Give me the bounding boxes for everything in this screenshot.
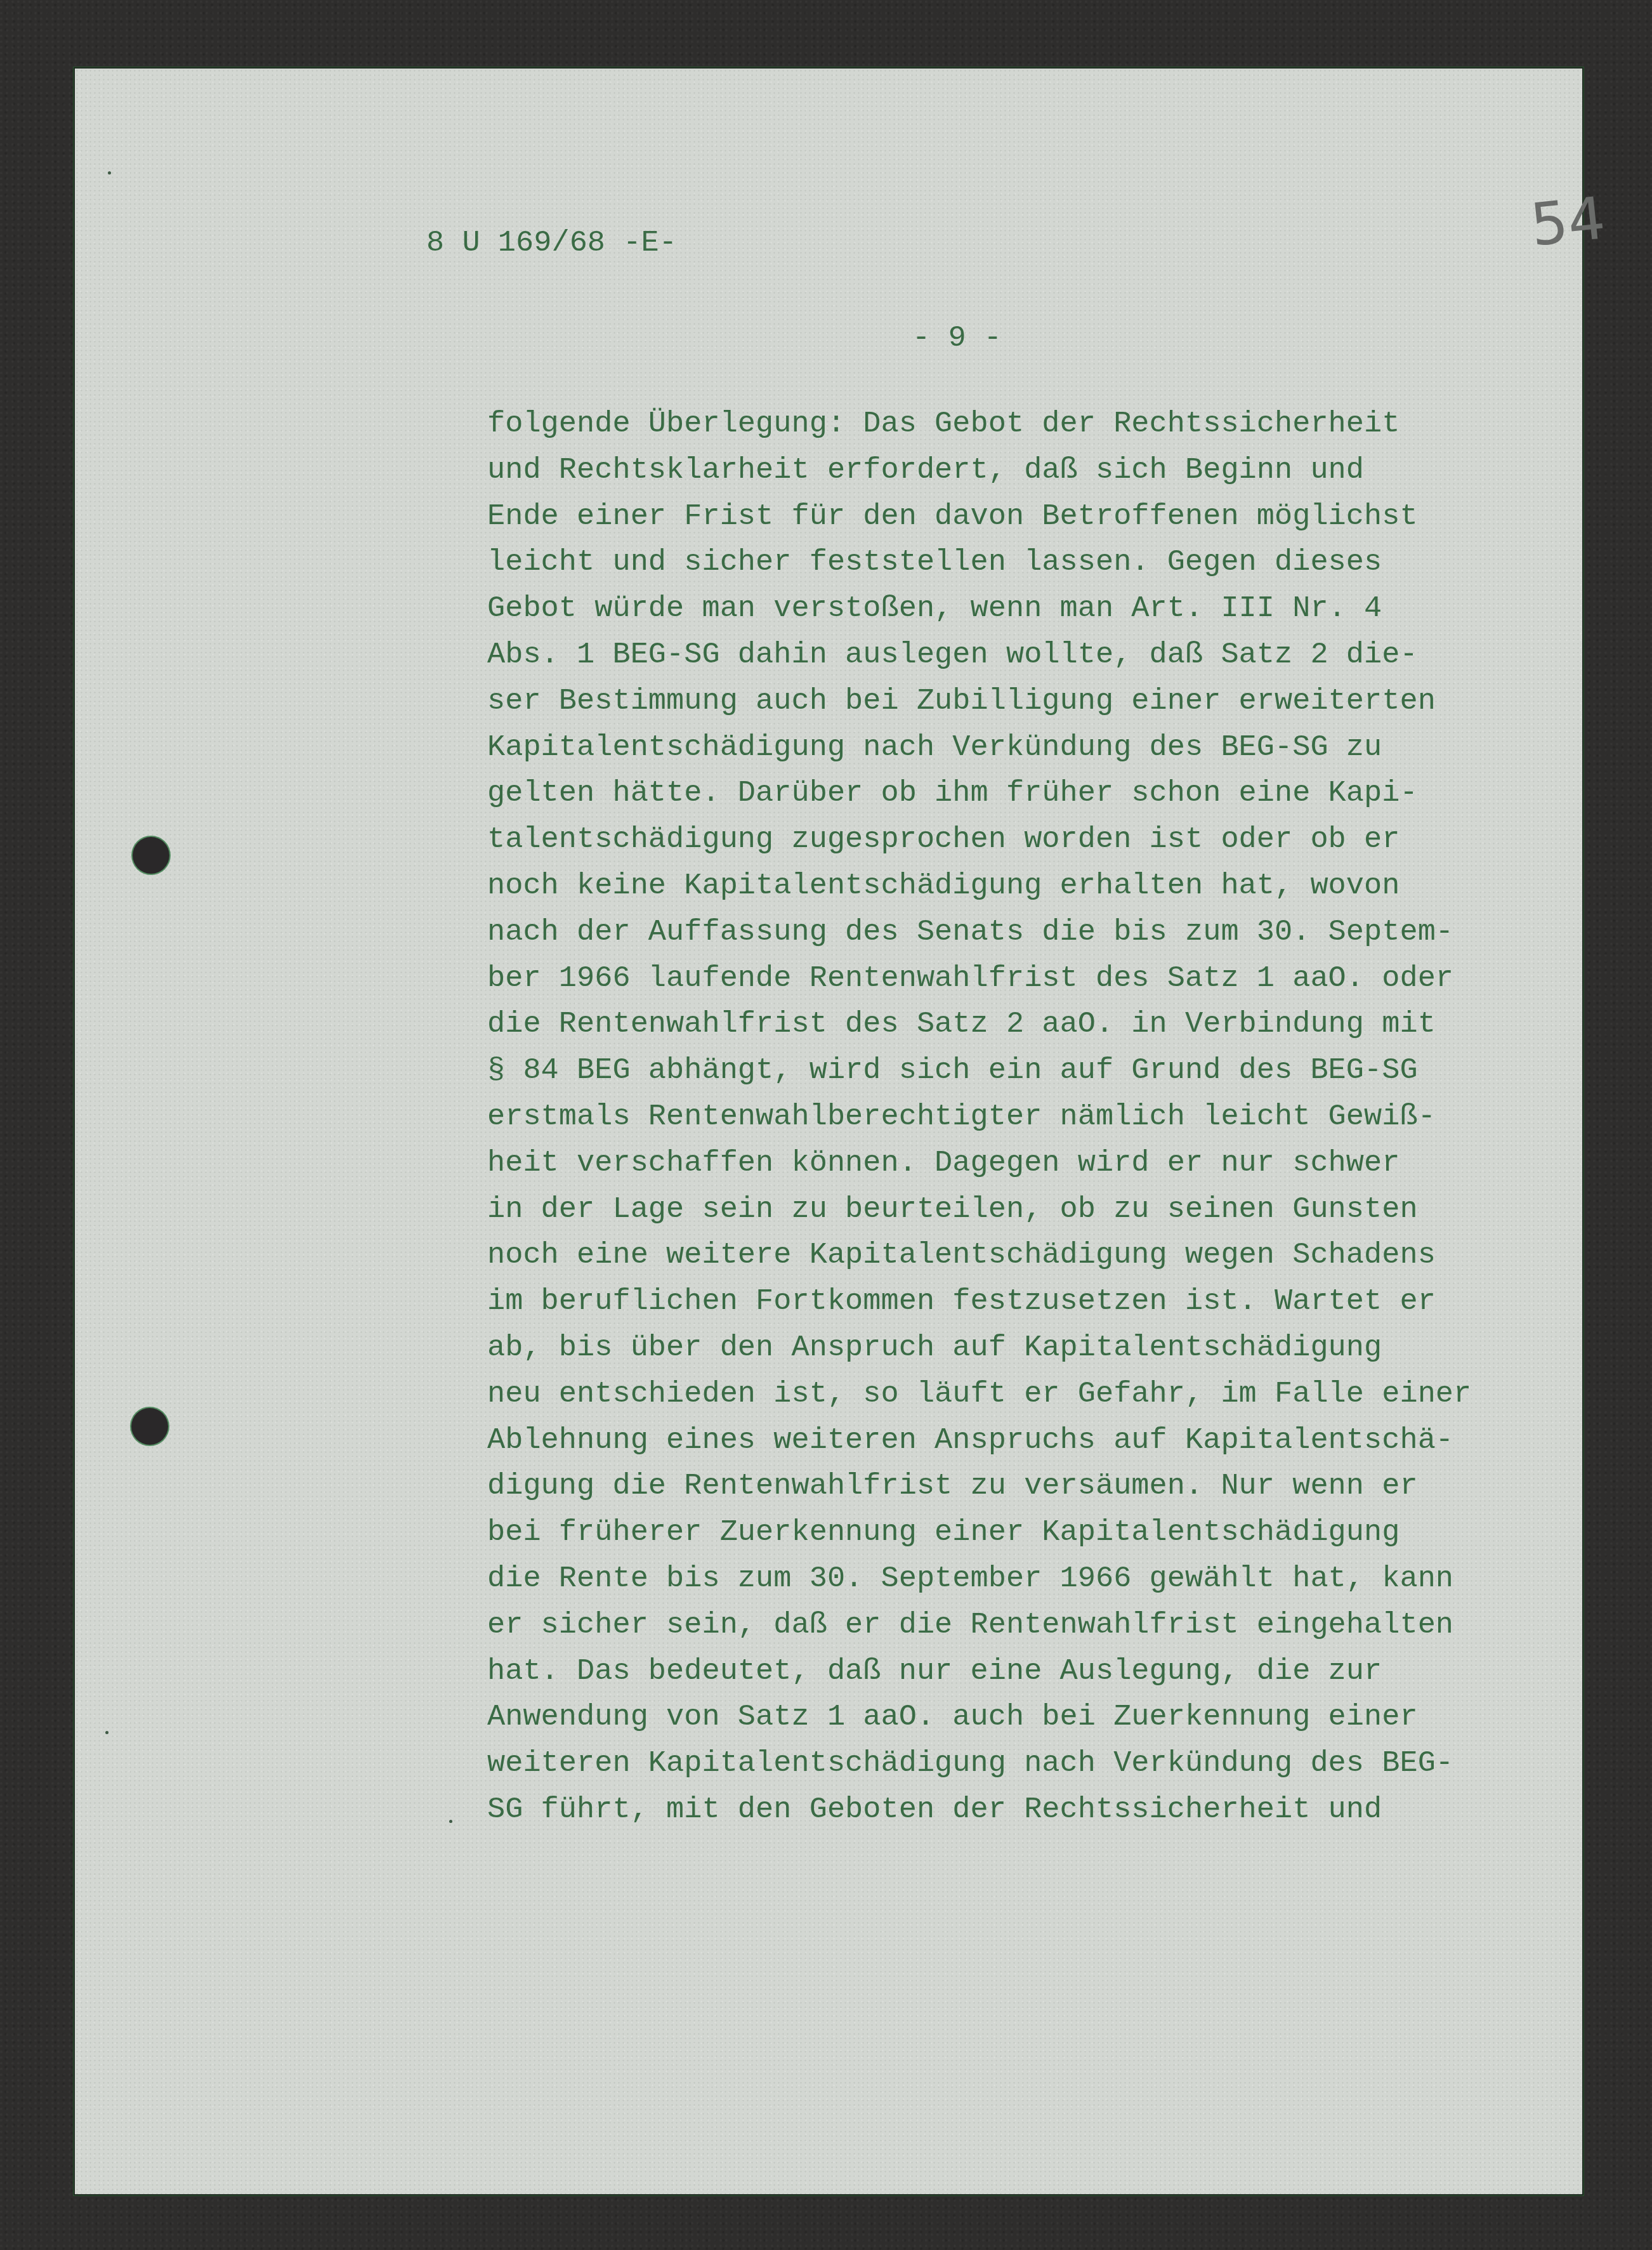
text-line: heit verschaffen können. Dagegen wird er…: [487, 1141, 1471, 1187]
text-line: Abs. 1 BEG-SG dahin auslegen wollte, daß…: [487, 633, 1471, 679]
text-line: noch keine Kapitalentschädigung erhalten…: [487, 864, 1471, 910]
text-line: folgende Überlegung: Das Gebot der Recht…: [487, 402, 1471, 448]
text-line: gelten hätte. Darüber ob ihm früher scho…: [487, 771, 1471, 817]
text-line: im beruflichen Fortkommen festzusetzen i…: [487, 1279, 1471, 1326]
body-text: folgende Überlegung: Das Gebot der Recht…: [487, 402, 1471, 1834]
punch-hole: [133, 837, 169, 874]
text-line: Gebot würde man verstoßen, wenn man Art.…: [487, 586, 1471, 633]
text-line: § 84 BEG abhängt, wird sich ein auf Grun…: [487, 1048, 1471, 1095]
text-line: weiteren Kapitalentschädigung nach Verkü…: [487, 1741, 1471, 1787]
text-line: ab, bis über den Anspruch auf Kapitalent…: [487, 1326, 1471, 1372]
punch-hole: [131, 1408, 168, 1445]
page-number: - 9 -: [912, 316, 1002, 362]
paper-speck: [449, 1820, 452, 1823]
text-line: bei früherer Zuerkennung einer Kapitalen…: [487, 1510, 1471, 1556]
text-line: noch eine weitere Kapitalentschädigung w…: [487, 1233, 1471, 1279]
text-line: er sicher sein, daß er die Rentenwahlfri…: [487, 1603, 1471, 1649]
text-line: talentschädigung zugesprochen worden ist…: [487, 817, 1471, 864]
text-line: digung die Rentenwahlfrist zu versäumen.…: [487, 1464, 1471, 1510]
document-page: 8 U 169/68 -E- - 9 - 54 folgende Überleg…: [75, 69, 1582, 2194]
paper-speck: [105, 1731, 108, 1734]
text-line: und Rechtsklarheit erfordert, daß sich B…: [487, 448, 1471, 494]
text-line: leicht und sicher feststellen lassen. Ge…: [487, 540, 1471, 586]
text-line: nach der Auffassung des Senats die bis z…: [487, 910, 1471, 956]
text-line: in der Lage sein zu beurteilen, ob zu se…: [487, 1187, 1471, 1234]
text-line: die Rentenwahlfrist des Satz 2 aaO. in V…: [487, 1002, 1471, 1048]
text-line: Ende einer Frist für den davon Betroffen…: [487, 494, 1471, 541]
text-line: Anwendung von Satz 1 aaO. auch bei Zuerk…: [487, 1695, 1471, 1741]
text-line: neu entschieden ist, so läuft er Gefahr,…: [487, 1372, 1471, 1418]
text-line: Kapitalentschädigung nach Verkündung des…: [487, 725, 1471, 772]
text-line: Ablehnung eines weiteren Anspruchs auf K…: [487, 1418, 1471, 1464]
text-line: ser Bestimmung auch bei Zubilligung eine…: [487, 679, 1471, 725]
text-line: ber 1966 laufende Rentenwahlfrist des Sa…: [487, 956, 1471, 1003]
text-line: die Rente bis zum 30. September 1966 gew…: [487, 1556, 1471, 1603]
text-line: SG führt, mit den Geboten der Rechtssich…: [487, 1787, 1471, 1834]
text-line: erstmals Rentenwahlberechtigter nämlich …: [487, 1095, 1471, 1141]
case-reference: 8 U 169/68 -E-: [426, 221, 677, 267]
text-line: hat. Das bedeutet, daß nur eine Auslegun…: [487, 1649, 1471, 1695]
handwritten-folio-number: 54: [1528, 184, 1609, 260]
paper-speck: [108, 171, 111, 174]
